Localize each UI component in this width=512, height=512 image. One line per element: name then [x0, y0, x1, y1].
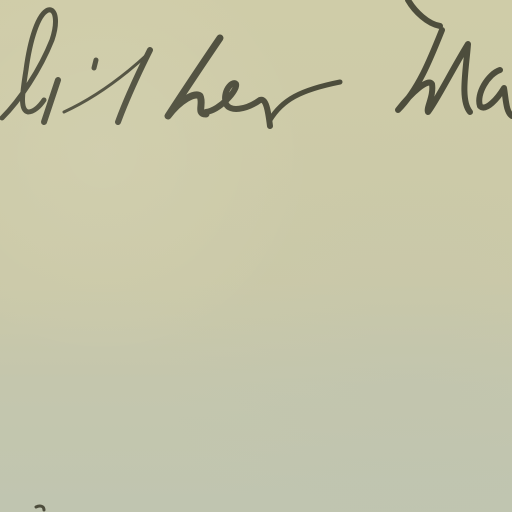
handwriting-strokes: [0, 0, 512, 512]
paper-sheet: lichter Wa: [0, 0, 512, 512]
